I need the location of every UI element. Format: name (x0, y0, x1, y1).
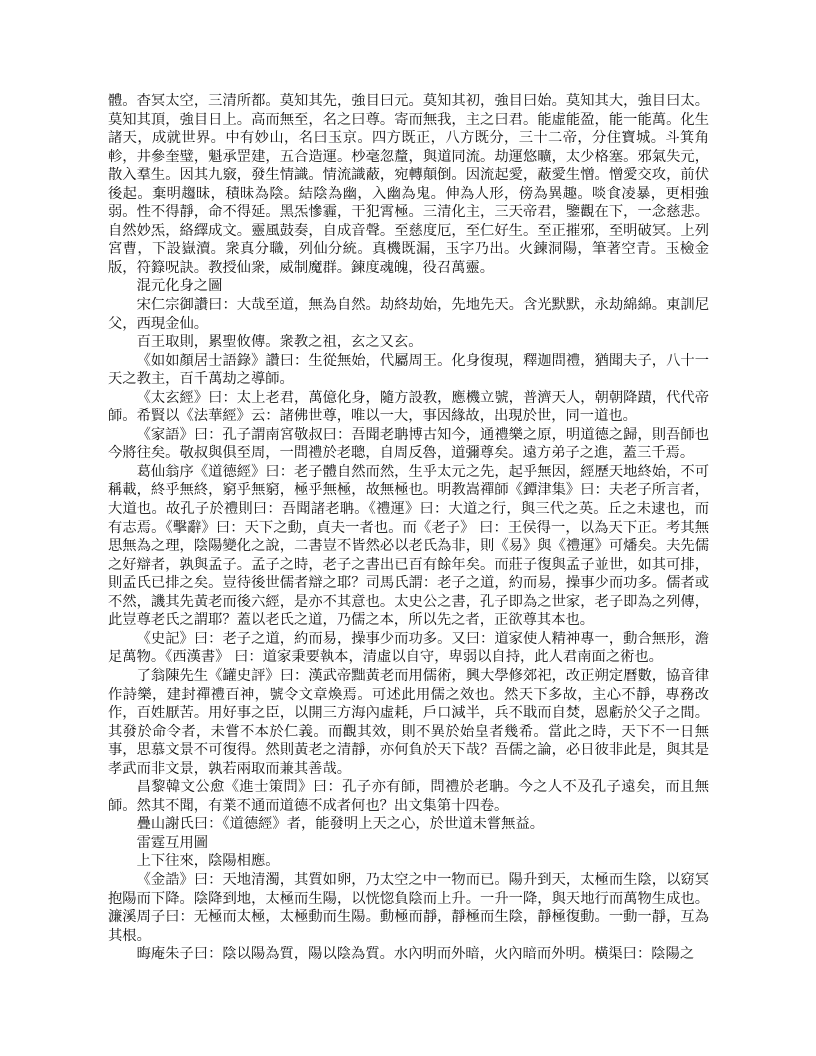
paragraph-taixuan-jing: 《太玄經》曰：太上老君，萬億化身，隨方設教，應機立號，普濟天人，朝朝降蹟，代代帝… (108, 389, 709, 426)
paragraph-yinyang-response: 上下往來，陰陽相應。 (108, 852, 709, 871)
paragraph-song-renzong-eulogy: 宋仁宗御讚曰：大哉至道，無為自然。劫終劫始，先地先天。含光默默，永劫綿綿。東訓尼… (108, 296, 709, 333)
paragraph-opening-text: 體。杳冥太空，三清所都。莫知其先，強目曰元。莫知其初，強目曰始。莫知其大，強目曰… (108, 92, 709, 277)
section-heading-leiting-diagram: 雷霆互用圖 (108, 834, 709, 853)
paragraph-dieshan-xie: 疊山謝氏曰：《道德經》者，能發明上天之心，於世道未嘗無益。 (108, 815, 709, 834)
section-heading-hunyuan-diagram: 混元化身之圖 (108, 277, 709, 296)
paragraph-shiji: 《史記》曰：老子之道，約而易，操事少而功多。又曰：道家使人精神專一，動合無形，澹… (108, 630, 709, 667)
paragraph-jiayu: 《家語》曰：孔子謂南宮敬叔曰：吾聞老聃博古知今，通禮樂之原，明道德之歸，則吾師也… (108, 426, 709, 463)
paragraph-hundred-kings: 百王取則，累聖攸傳。衆教之祖，玄之又玄。 (108, 333, 709, 352)
paragraph-ruru-yan-eulogy: 《如如顏居士語錄》讚曰：生從無始，代屬周王。化身復現，釋迦問禮，猶聞夫子，八十一… (108, 352, 709, 389)
paragraph-ge-xianweng-preface: 葛仙翁序《道德經》曰：老子體自然而然，生乎太元之先，起乎無因，經歷天地終始，不可… (108, 463, 709, 630)
paragraph-liaoweng-chen: 了翁陳先生《罐史評》曰：漢武帝黜黃老而用儒術，興大學修郊祀，改正朔定曆數，協音律… (108, 667, 709, 778)
document-page: 體。杳冥太空，三清所都。莫知其先，強目曰元。莫知其初，強目曰始。莫知其大，強目曰… (108, 92, 709, 964)
paragraph-jingao: 《金誥》曰：天地清濁，其質如卵，乃太空之中一物而已。陽升到天，太極而生陰，以窈冥… (108, 871, 709, 945)
paragraph-zhu-xi: 晦庵朱子曰：陰以陽為質，陽以陰為質。水內明而外暗，火內暗而外明。橫渠曰：陰陽之 (108, 945, 709, 964)
paragraph-han-yu: 昌黎韓文公愈《進士策問》曰：孔子亦有師，問禮於老聃。今之人不及孔子遠矣，而且無師… (108, 778, 709, 815)
